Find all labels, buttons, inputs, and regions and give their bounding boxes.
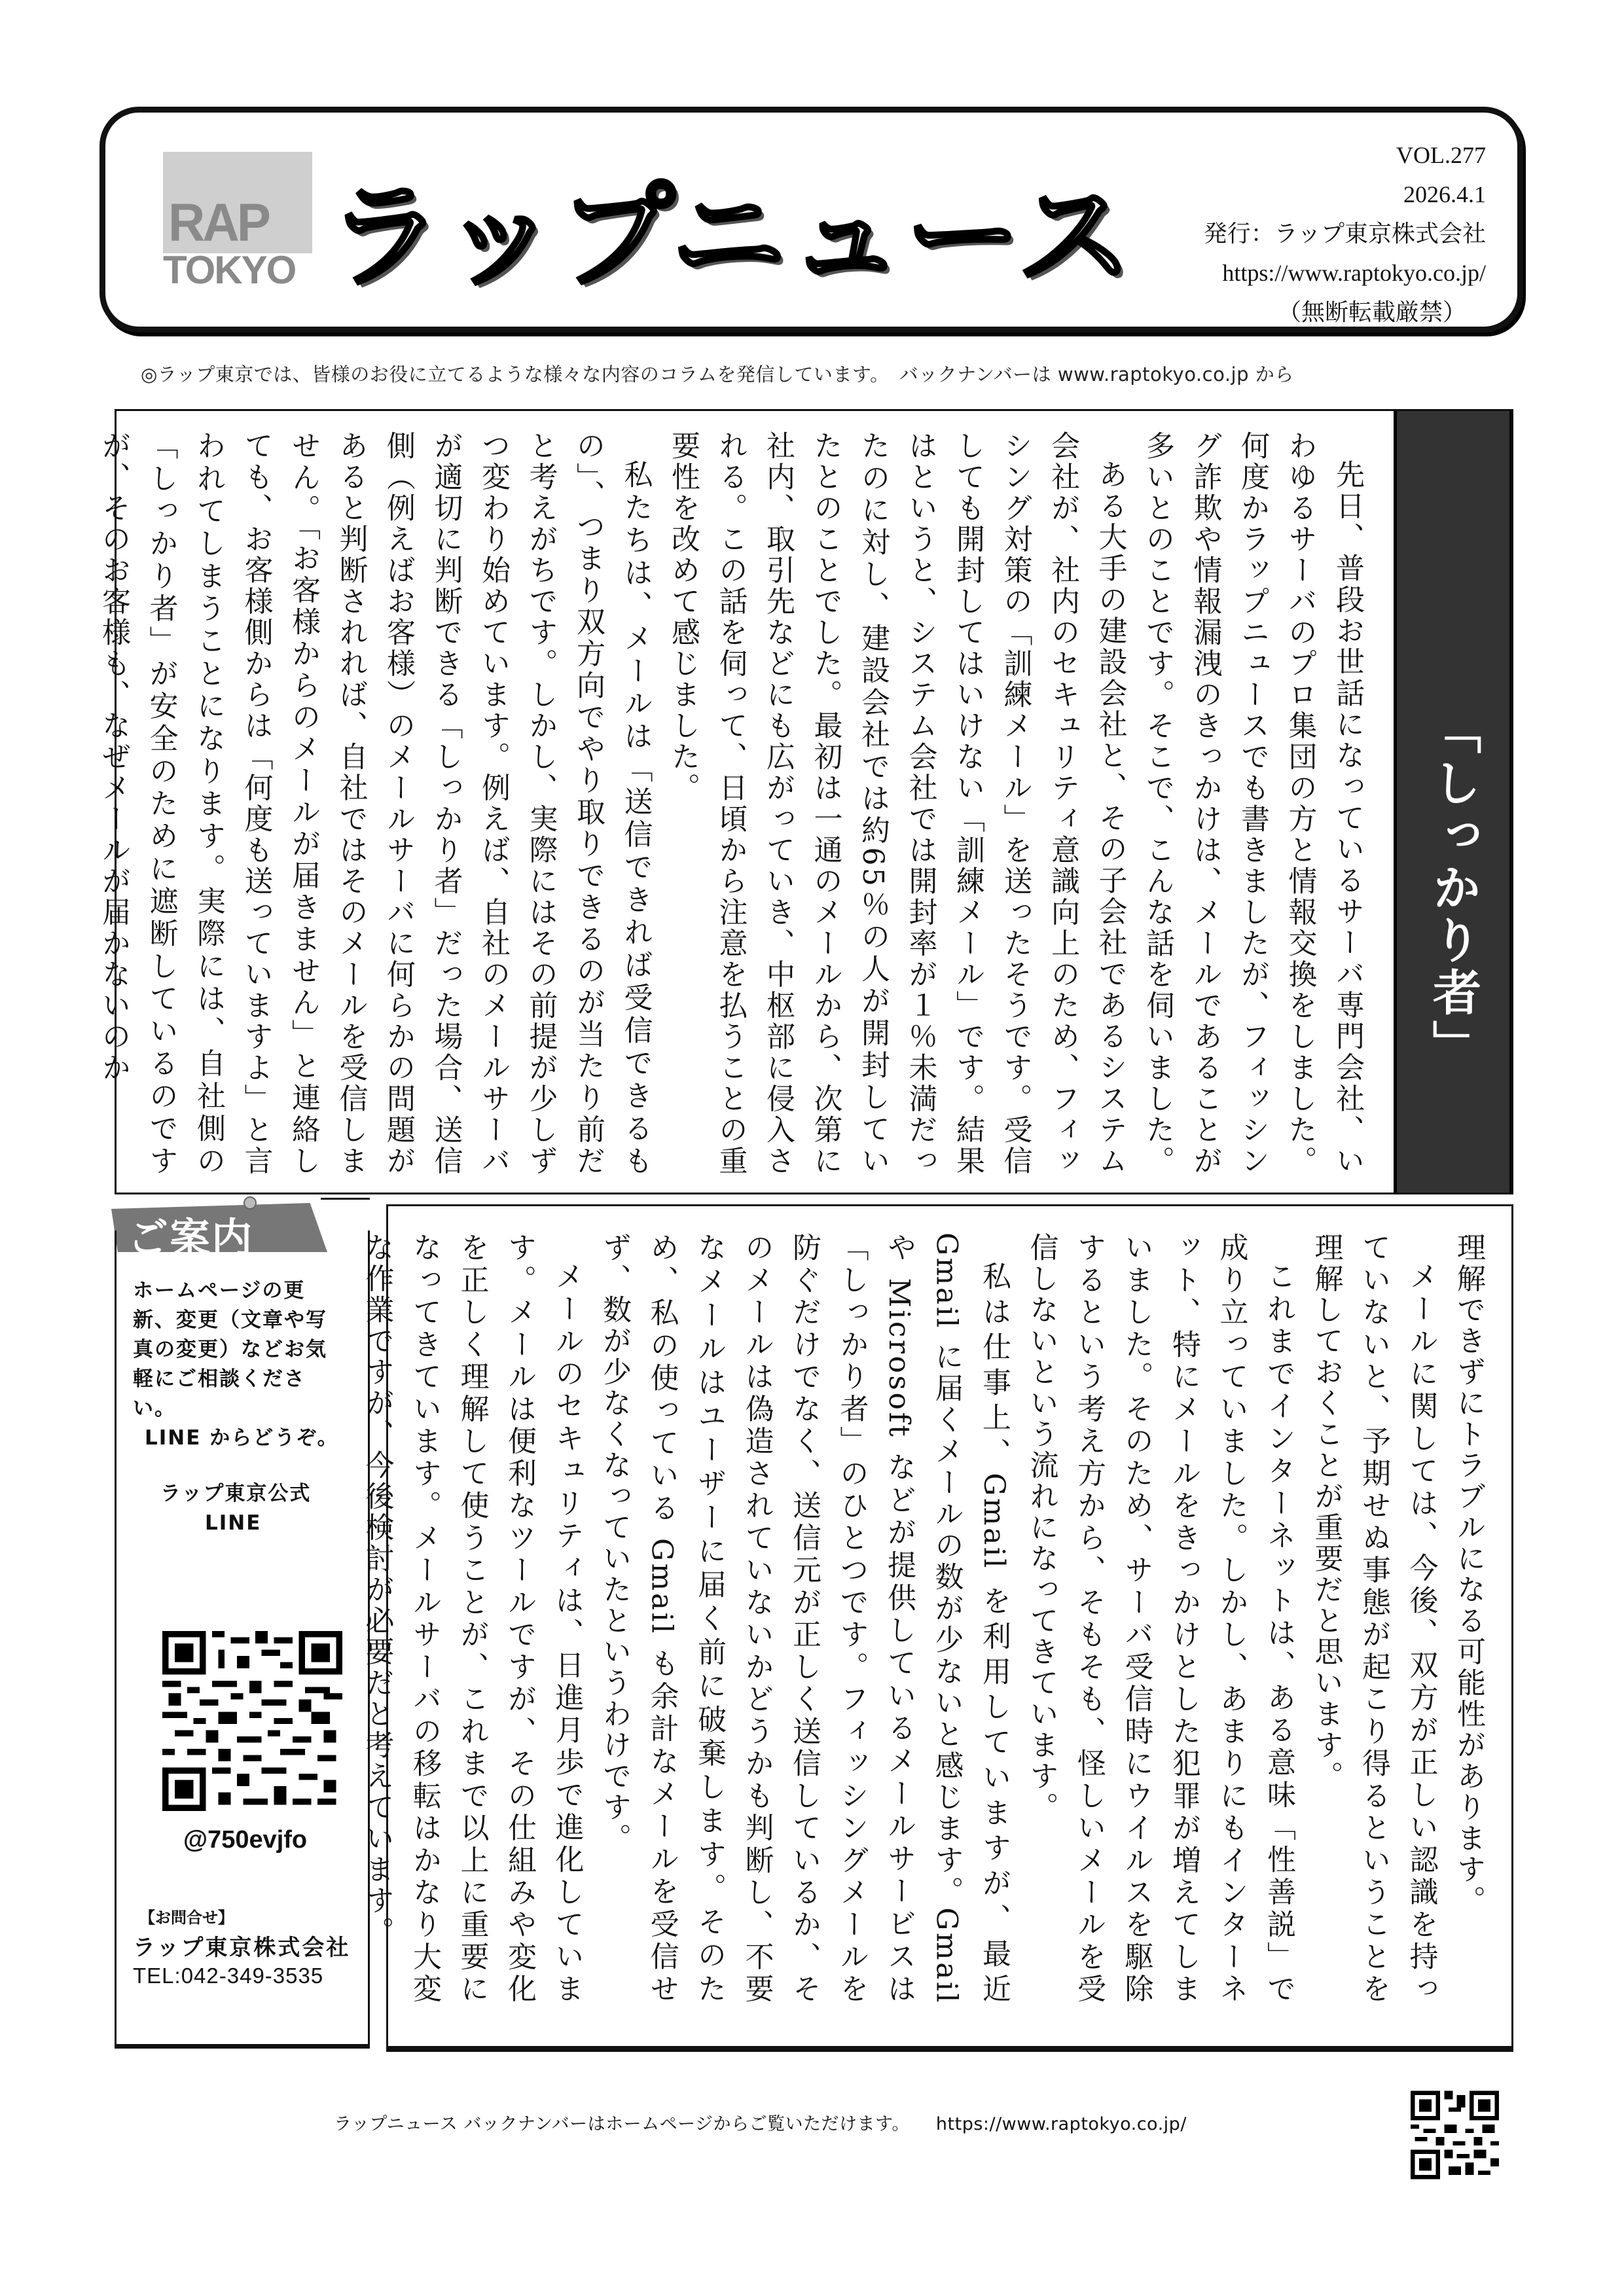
article-body-bottom: 理解できずにトラブルになる可能性があります。 メールに関しては、今後、双方が正し…	[484, 1232, 1492, 2005]
paragraph: 先日、普段お世話になっているサーバ専門会社、いわゆるサーバのプロ集団の方と情報交…	[1134, 431, 1371, 1177]
paragraph: メールのセキュリティは、日進月歩で進化しています。メールは便利なツールですが、そ…	[353, 1232, 590, 2005]
article-top-box: 「しっかり者」 先日、普段お世話になっているサーバ専門会社、いわゆるサーバのプロ…	[115, 409, 1513, 1194]
article-title-band: 「しっかり者」	[1394, 411, 1511, 1193]
divider	[321, 1198, 370, 1200]
guide-text-line: い。	[133, 1394, 355, 1424]
article-title: 「しっかり者」	[1418, 706, 1488, 1072]
footer-text: ラップニュース バックナンバーはホームページからご覧いただけます。	[334, 2114, 910, 2134]
paragraph: 私は仕事上、Gmail を利用していますが、最近 Gmail に届くメールの数が…	[590, 1232, 1018, 2005]
contact-label: 【お問合せ】	[139, 1905, 234, 1928]
paragraph: これまでインターネットは、ある意味「性善説」で成り立っていました。しかし、あまり…	[1017, 1232, 1302, 2005]
guide-body: ホームページの更 新、変更（文章や写 真の変更）などお気 軽にご相談くださ い。…	[133, 1276, 355, 1538]
logo-tokyo-text: TOKYO	[163, 247, 295, 293]
paragraph: 理解できずにトラブルになる可能性があります。	[1445, 1232, 1492, 2005]
footer-url[interactable]: https://www.raptokyo.co.jp/	[936, 2114, 1187, 2134]
contact-phone[interactable]: TEL:042-349-3535	[133, 1964, 323, 1988]
official-line-label: ラップ東京公式	[133, 1479, 355, 1509]
issue-date: 2026.4.1	[1204, 175, 1486, 214]
intro-line: ◎ラップ東京では、皆様のお役に立てるような様々な内容のコラムを発信しています。 …	[141, 360, 1294, 387]
paragraph: ある大手の建設会社と、その子会社であるシステム会社が、社内のセキュリティ意識向上…	[659, 431, 1134, 1177]
line-qr-code[interactable]	[162, 1631, 342, 1811]
copyright-notice: （無断転載厳禁）	[1204, 293, 1486, 332]
guide-text-line: 軽にご相談くださ	[133, 1365, 355, 1394]
line-invite: LINE からどうぞ。	[133, 1424, 355, 1453]
logo-rap-text: RAP	[168, 192, 268, 254]
guide-text-line: 真の変更）などお気	[133, 1335, 355, 1365]
rap-tokyo-logo: RAP TOKYO	[163, 152, 314, 286]
website-qr-code[interactable]	[1411, 2089, 1499, 2181]
line-id: @750evjfo	[183, 1826, 307, 1854]
contact-company: ラップ東京株式会社	[133, 1929, 350, 1962]
issue-meta: VOL.277 2026.4.1 発行：ラップ東京株式会社 https://ww…	[1204, 135, 1486, 332]
guide-text-line: ホームページの更	[133, 1276, 355, 1306]
paragraph: 私たちは、メールは「送信できれば受信できるもの」、つまり双方向でやり取りできるの…	[90, 431, 659, 1177]
paragraph: メールに関しては、今後、双方が正しい認識を持っていないと、予期せぬ事態が起こり得…	[1302, 1232, 1445, 2005]
article-body-top: 先日、普段お世話になっているサーバ専門会社、いわゆるサーバのプロ集団の方と情報交…	[245, 431, 1371, 1177]
volume-number: VOL.277	[1204, 135, 1486, 175]
guide-text-line: 新、変更（文章や写	[133, 1306, 355, 1335]
official-line-label-2: LINE	[133, 1509, 355, 1538]
footer: ラップニュース バックナンバーはホームページからご覧いただけます。https:/…	[334, 2109, 1187, 2135]
website-url[interactable]: https://www.raptokyo.co.jp/	[1204, 253, 1486, 293]
newsletter-title: ラップニュース	[328, 145, 1134, 310]
newsletter-header: RAP TOKYO ラップニュース VOL.277 2026.4.1 発行：ラッ…	[99, 107, 1523, 332]
publisher: 発行：ラップ東京株式会社	[1204, 214, 1486, 253]
guide-box: ホームページの更 新、変更（文章や写 真の変更）などお気 軽にご相談くださ い。…	[115, 1230, 370, 2049]
article-bottom-box: 理解できずにトラブルになる可能性があります。 メールに関しては、今後、双方が正し…	[386, 1204, 1513, 2052]
